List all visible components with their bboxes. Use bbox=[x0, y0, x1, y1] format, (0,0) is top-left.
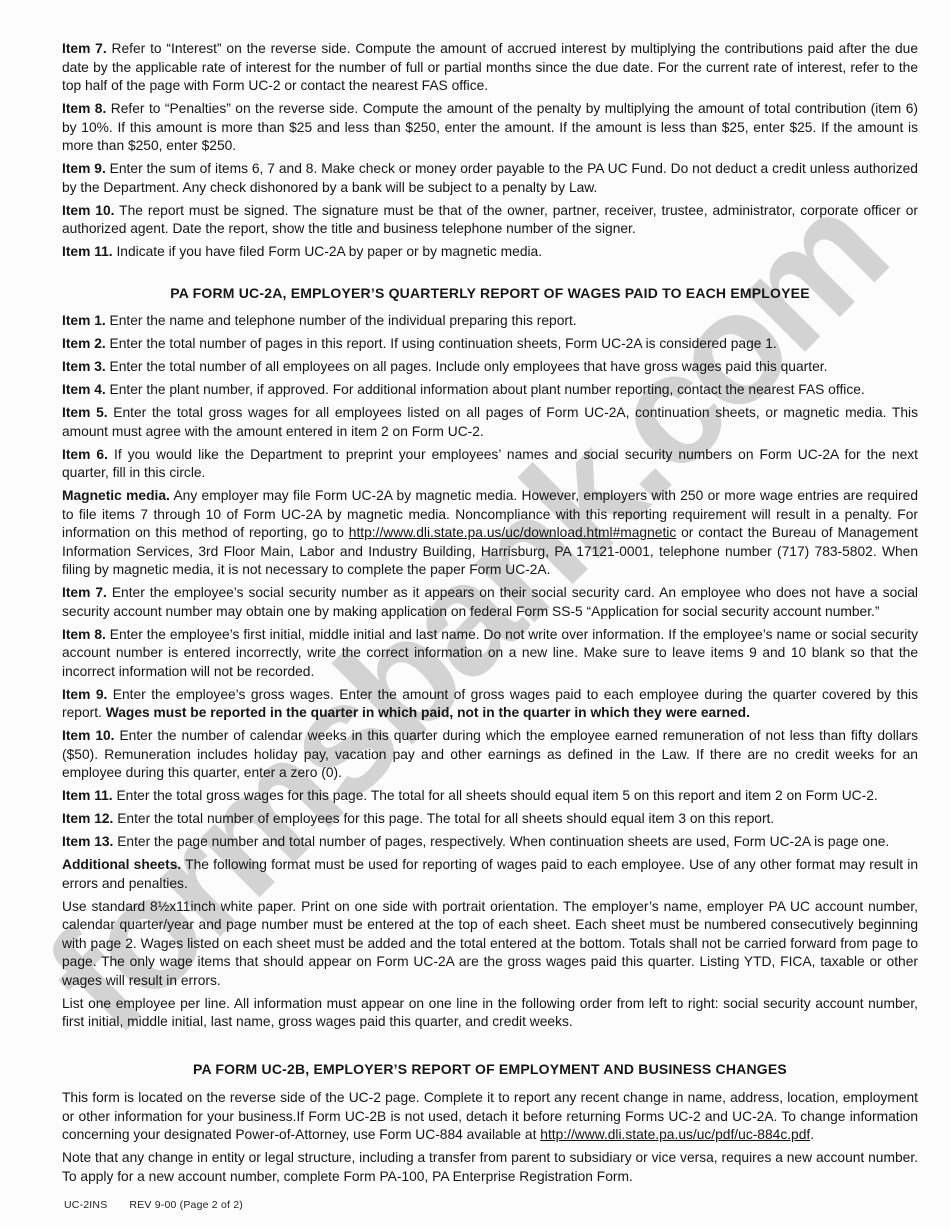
paragraph-paper-format: Use standard 8½x11inch white paper. Prin… bbox=[62, 898, 918, 991]
paragraph-uc2a-item11: Item 11. Enter the total gross wages for… bbox=[62, 787, 918, 806]
item-text: Enter the page number and total number o… bbox=[113, 834, 889, 849]
scanned-document-page: formsbank.com Item 7. Refer to “Interest… bbox=[0, 0, 950, 1229]
item-text: Indicate if you have filed Form UC-2A by… bbox=[113, 244, 542, 259]
paragraph-uc2a-item13: Item 13. Enter the page number and total… bbox=[62, 833, 918, 852]
paragraph-line-format: List one employee per line. All informat… bbox=[62, 995, 918, 1032]
item-text: Enter the total number of pages in this … bbox=[106, 336, 777, 351]
item-label: Magnetic media. bbox=[62, 488, 170, 503]
paragraph-uc2-item11: Item 11. Indicate if you have filed Form… bbox=[62, 243, 918, 262]
item-label: Item 13. bbox=[62, 834, 113, 849]
item-label: Item 6. bbox=[62, 447, 108, 462]
item-label: Item 10. bbox=[62, 728, 115, 743]
item-label: Item 4. bbox=[62, 382, 106, 397]
item-label: Item 9. bbox=[62, 687, 107, 702]
paragraph-magnetic-media: Magnetic media. Any employer may file Fo… bbox=[62, 487, 918, 580]
paragraph-uc2b-info: This form is located on the reverse side… bbox=[62, 1089, 918, 1145]
item-text: Enter the total number of employees for … bbox=[113, 811, 774, 826]
item-text: The report must be signed. The signature… bbox=[62, 203, 918, 237]
paragraph-uc2-item7: Item 7. Refer to “Interest” on the rever… bbox=[62, 40, 918, 96]
paragraph-uc2b-entity-change: Note that any change in entity or legal … bbox=[62, 1149, 918, 1186]
item-text: Enter the employee’s first initial, midd… bbox=[62, 627, 918, 679]
paragraph-uc2a-item1: Item 1. Enter the name and telephone num… bbox=[62, 312, 918, 331]
page-footer: UC-2INSREV 9-00 (Page 2 of 2) bbox=[64, 1199, 243, 1211]
uc2a-section-heading: PA FORM UC-2A, EMPLOYER’S QUARTERLY REPO… bbox=[62, 284, 918, 303]
paragraph-uc2a-item5: Item 5. Enter the total gross wages for … bbox=[62, 404, 918, 441]
item-label: Item 10. bbox=[62, 203, 114, 218]
item-label: Item 11. bbox=[62, 244, 113, 259]
paragraph-uc2a-item12: Item 12. Enter the total number of emplo… bbox=[62, 810, 918, 829]
item-label: Item 3. bbox=[62, 359, 106, 374]
item-label: Item 8. bbox=[62, 627, 106, 642]
uc2b-section-heading: PA FORM UC-2B, EMPLOYER’S REPORT OF EMPL… bbox=[62, 1060, 918, 1079]
item-label: Additional sheets. bbox=[62, 857, 181, 872]
item-text: Enter the total gross wages for all empl… bbox=[62, 405, 918, 439]
paragraph-uc2a-item4: Item 4. Enter the plant number, if appro… bbox=[62, 381, 918, 400]
item-text: Enter the plant number, if approved. For… bbox=[106, 382, 865, 397]
item-label: Item 7. bbox=[62, 585, 107, 600]
document-content: Item 7. Refer to “Interest” on the rever… bbox=[62, 40, 918, 1191]
item-label: Item 1. bbox=[62, 313, 106, 328]
paragraph-uc2a-item8: Item 8. Enter the employee’s first initi… bbox=[62, 626, 918, 682]
paragraph-uc2a-item7: Item 7. Enter the employee’s social secu… bbox=[62, 584, 918, 621]
paragraph-uc2a-item10: Item 10. Enter the number of calendar we… bbox=[62, 727, 918, 783]
item-text: Enter the name and telephone number of t… bbox=[106, 313, 577, 328]
item-text: Enter the employee’s social security num… bbox=[62, 585, 918, 619]
item-text: Refer to “Penalties” on the reverse side… bbox=[62, 101, 918, 153]
item-text: If you would like the Department to prep… bbox=[62, 447, 918, 481]
paragraph-uc2a-item3: Item 3. Enter the total number of all em… bbox=[62, 358, 918, 377]
item-text: Refer to “Interest” on the reverse side.… bbox=[62, 41, 918, 93]
magnetic-media-url: http://www.dli.state.pa.us/uc/download.h… bbox=[349, 525, 676, 540]
item-label: Item 2. bbox=[62, 336, 106, 351]
item-text: The following format must be used for re… bbox=[62, 857, 918, 891]
item-label: Item 9. bbox=[62, 161, 106, 176]
paragraph-uc2a-item2: Item 2. Enter the total number of pages … bbox=[62, 335, 918, 354]
item-label: Item 5. bbox=[62, 405, 108, 420]
revision-note: REV 9-00 (Page 2 of 2) bbox=[129, 1199, 243, 1211]
uc884-url: http://www.dli.state.pa.us/uc/pdf/uc-884… bbox=[540, 1127, 810, 1142]
paragraph-uc2-item8: Item 8. Refer to “Penalties” on the reve… bbox=[62, 100, 918, 156]
paragraph-uc2a-item6: Item 6. If you would like the Department… bbox=[62, 446, 918, 483]
form-id: UC-2INS bbox=[64, 1199, 107, 1211]
item-text: Enter the total number of all employees … bbox=[106, 359, 828, 374]
item-label: Item 11. bbox=[62, 788, 113, 803]
item-bold-emphasis: Wages must be reported in the quarter in… bbox=[106, 705, 750, 720]
item-text: Enter the sum of items 6, 7 and 8. Make … bbox=[62, 161, 918, 195]
paragraph-uc2a-item9: Item 9. Enter the employee’s gross wages… bbox=[62, 686, 918, 723]
paragraph-text: . bbox=[810, 1127, 814, 1142]
item-label: Item 12. bbox=[62, 811, 113, 826]
item-text: Enter the number of calendar weeks in th… bbox=[62, 728, 918, 780]
paragraph-additional-sheets: Additional sheets. The following format … bbox=[62, 856, 918, 893]
item-label: Item 8. bbox=[62, 101, 106, 116]
paragraph-uc2-item10: Item 10. The report must be signed. The … bbox=[62, 202, 918, 239]
paragraph-uc2-item9: Item 9. Enter the sum of items 6, 7 and … bbox=[62, 160, 918, 197]
item-text: Enter the total gross wages for this pag… bbox=[113, 788, 878, 803]
item-label: Item 7. bbox=[62, 41, 107, 56]
